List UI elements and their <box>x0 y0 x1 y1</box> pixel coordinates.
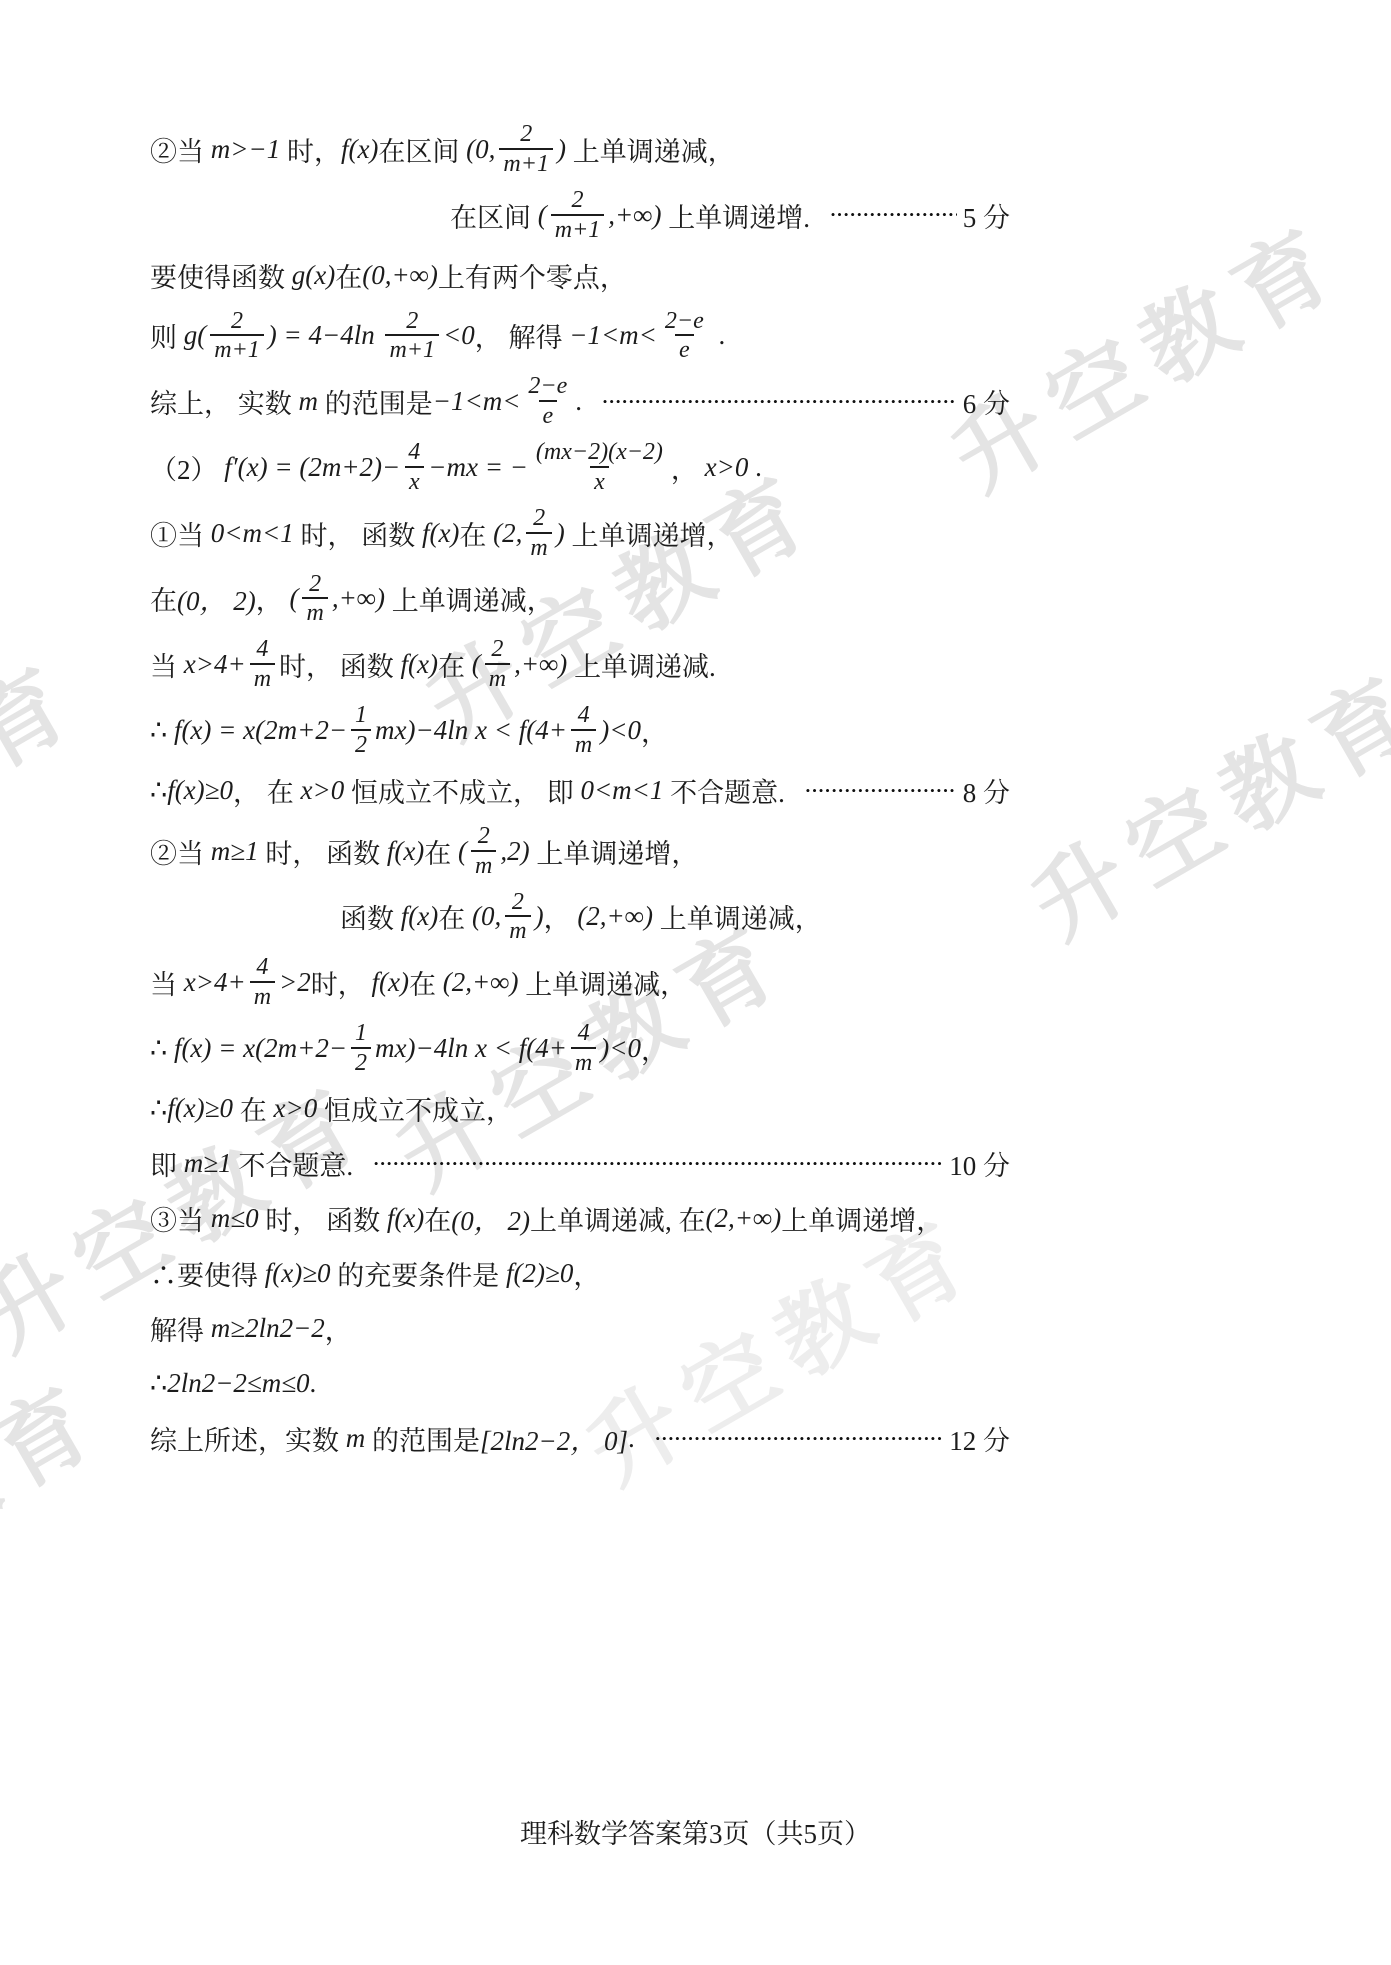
text-run: 综上所述，实数 <box>150 1419 346 1458</box>
math-run: −1<m< <box>433 386 521 417</box>
fraction-numerator: 4 <box>252 954 272 981</box>
text-run: 在区间 <box>378 130 466 169</box>
text-run: 时， <box>280 130 341 169</box>
fraction-numerator: 4 <box>252 636 272 663</box>
text-run: 的范围是 <box>318 382 433 421</box>
watermark-text: 升空教育 <box>1005 635 1391 965</box>
line-content: 综上所述，实数 m 的范围是[2ln2−2， 0]. <box>150 1419 642 1458</box>
fraction: (mx−2)(x−2)x <box>532 439 667 496</box>
solution-line: 要使得函数 g(x)在(0,+∞)上有两个零点， <box>150 253 1010 299</box>
text-run: 在 <box>424 1199 451 1238</box>
text-run: ， <box>325 1309 352 1348</box>
math-run: ) = 4−4ln <box>268 320 382 351</box>
fraction-denominator: m+1 <box>499 148 553 178</box>
fraction-denominator: m <box>302 597 327 627</box>
text-run: ， <box>641 711 668 750</box>
score-label: 6 分 <box>963 382 1010 421</box>
math-run: ,2) <box>500 836 529 867</box>
math-run: g( <box>184 320 207 351</box>
text-run: 当 <box>150 963 184 1002</box>
fraction: 12 <box>351 1020 371 1077</box>
text-run: ， <box>544 897 578 936</box>
fraction-denominator: x <box>405 466 424 496</box>
text-run: 上单调递减， <box>653 897 822 936</box>
math-run: m <box>346 1423 366 1454</box>
text-run: 恒成立不成立， 即 <box>344 771 580 810</box>
math-run: f(x) = x(2m+2− <box>174 1033 347 1064</box>
fraction: 4m <box>571 702 596 759</box>
solution-line: ∴ f(x) = x(2m+2−12mx)−4ln x < f(4+4m)<0， <box>150 1020 1010 1077</box>
fraction-denominator: m+1 <box>210 334 264 364</box>
page-footer: 理科数学答案第3页（共5页） <box>0 1812 1391 1851</box>
line-content: 当 x>4+4m时， 函数 f(x)在 (2m,+∞) 上单调递减. <box>150 636 716 693</box>
text-run: ∴ <box>150 1368 167 1399</box>
math-run: m≥2ln2−2 <box>211 1313 325 1344</box>
fraction-numerator: 1 <box>351 702 371 729</box>
fraction-numerator: 2 <box>402 308 422 335</box>
math-run: (0， 2) <box>177 579 256 618</box>
solution-line: 综上， 实数 m 的范围是−1<m<2−ee. ••••••••••••••••… <box>150 373 1010 430</box>
line-content: ②当 m>−1 时，f(x)在区间 (0,2m+1) 上单调递减， <box>150 121 735 178</box>
fraction: 2m <box>526 505 551 562</box>
fraction: 4x <box>404 439 424 496</box>
line-content: 即 m≥1 不合题意. <box>150 1144 360 1183</box>
fraction: 2−ee <box>661 308 708 365</box>
math-run: ) <box>556 518 565 549</box>
fraction: 2m+1 <box>499 121 553 178</box>
text-run: ， 解得 <box>475 316 570 355</box>
solution-line: ①当 0<m<1 时， 函数 f(x)在 (2,2m) 上单调递增， <box>150 505 1010 562</box>
text-run: 时， 函数 <box>279 645 401 684</box>
math-run: (2,+∞) <box>443 967 519 998</box>
fraction-denominator: m <box>571 729 596 759</box>
solution-line: ∴f(x)≥0 在 x>0 恒成立不成立， <box>150 1086 1010 1132</box>
line-content: 函数 f(x)在 (0,2m)， (2,+∞) 上单调递减， <box>340 889 822 946</box>
text-run: ∴ <box>150 1033 174 1064</box>
text-run: 上单调递减， <box>566 130 735 169</box>
fraction-denominator: m <box>571 1047 596 1077</box>
math-run: −mx = − <box>428 452 528 483</box>
fraction-denominator: m <box>471 850 496 880</box>
fraction: 2m <box>302 571 327 628</box>
fraction: 2m+1 <box>210 308 264 365</box>
text-run: 在 <box>438 645 472 684</box>
math-run: ( <box>472 649 481 680</box>
math-run: f(x) <box>401 649 438 680</box>
line-content: ∴要使得 f(x)≥0 的充要条件是 f(2)≥0， <box>150 1254 600 1293</box>
fraction: 4m <box>571 1020 596 1077</box>
text-run: ∴ <box>150 1093 167 1124</box>
math-run: −1<m< <box>569 320 657 351</box>
solution-line: 解得 m≥2ln2−2， <box>150 1306 1010 1352</box>
text-run: 则 <box>150 316 184 355</box>
solution-line: ∴ f(x) = x(2m+2−12mx)−4ln x < f(4+4m)<0， <box>150 702 1010 759</box>
dotted-leader: ••••••••••••••••••••••••••••••••••••••••… <box>656 1431 944 1447</box>
fraction-denominator: m <box>250 663 275 693</box>
solution-line: 在区间 (2m+1,+∞) 上单调递增. •••••••••••••••••••… <box>150 187 1010 244</box>
math-run: mx)−4ln x < f(4+ <box>375 715 567 746</box>
math-run: (2,+∞) <box>577 901 653 932</box>
text-run: 函数 <box>340 897 401 936</box>
score-label: 5 分 <box>963 196 1010 235</box>
text-run: 在 <box>424 832 458 871</box>
text-run: 当 <box>150 645 184 684</box>
text-run: ②当 <box>150 130 211 169</box>
text-run: ， <box>641 1029 668 1068</box>
math-run: )<0 <box>600 1033 641 1064</box>
fraction-numerator: 1 <box>351 1020 371 1047</box>
text-run: （2） <box>150 448 224 487</box>
answer-sheet-page: 升空教育 升空教育 升空教育 升空教育 升空教育 升空教育 升空教育 升空教育 … <box>0 0 1391 1965</box>
solution-line: 即 m≥1 不合题意. ••••••••••••••••••••••••••••… <box>150 1141 1010 1187</box>
solution-line: ②当 m≥1 时， 函数 f(x)在 (2m,2) 上单调递增， <box>150 823 1010 880</box>
math-run: f(x)≥0 <box>265 1258 331 1289</box>
text-run: 时， <box>311 963 372 1002</box>
line-content: 解得 m≥2ln2−2， <box>150 1309 352 1348</box>
text-run: . <box>748 452 762 483</box>
fraction-denominator: 2 <box>351 1047 371 1077</box>
math-run: m≥1 <box>184 1148 232 1179</box>
math-run: (2,+∞) <box>706 1203 782 1234</box>
fraction: 2m <box>485 636 510 693</box>
text-run: . <box>712 320 726 351</box>
math-run: f(x) <box>387 836 424 867</box>
text-run: 要使得函数 <box>150 256 292 295</box>
text-run: 即 <box>150 1144 184 1183</box>
math-run: m≥1 <box>211 836 259 867</box>
dotted-leader: ••••••••••••••••••••••••••••••••••••••••… <box>806 783 957 799</box>
math-run: ( <box>289 583 298 614</box>
text-run: 上单调递增， <box>530 832 699 871</box>
text-run: 上有两个零点， <box>438 256 627 295</box>
math-run: (0， 2) <box>451 1199 530 1238</box>
line-content: 则 g(2m+1) = 4−4ln 2m+1<0， 解得 −1<m<2−ee . <box>150 308 725 365</box>
text-run: 在 <box>150 579 177 618</box>
text-run: 在 <box>335 256 362 295</box>
math-run: x>4+ <box>184 649 246 680</box>
math-run: x>0 <box>705 452 749 483</box>
math-run: <0 <box>443 320 475 351</box>
text-run: 不合题意. <box>232 1144 360 1183</box>
text-run: ， <box>573 1254 600 1293</box>
score-label: 12 分 <box>949 1419 1010 1458</box>
text-run: 恒成立不成立， <box>317 1089 513 1128</box>
fraction-denominator: e <box>539 400 558 430</box>
math-run: f(x) <box>341 134 378 165</box>
dotted-leader: ••••••••••••••••••••••••••••••••••••••••… <box>374 1156 943 1172</box>
math-run: x>4+ <box>184 967 246 998</box>
solution-line: 综上所述，实数 m 的范围是[2ln2−2， 0]. •••••••••••••… <box>150 1416 1010 1462</box>
math-run: 0<m<1 <box>211 518 294 549</box>
text-run: 时， 函数 <box>294 514 422 553</box>
math-run: ) <box>557 134 566 165</box>
text-run: 时， 函数 <box>259 1199 387 1238</box>
math-run: f′(x) = (2m+2)− <box>224 452 400 483</box>
text-run: ∴ <box>150 715 174 746</box>
watermark-text: 升空教育 <box>0 625 102 955</box>
math-run: ) <box>535 901 544 932</box>
text-run: . <box>310 1368 317 1399</box>
line-content: （2） f′(x) = (2m+2)−4x−mx = −(mx−2)(x−2)x… <box>150 439 762 496</box>
fraction-denominator: m <box>505 915 530 945</box>
text-run: 上单调递减， <box>518 963 687 1002</box>
text-run: 在 <box>233 1089 274 1128</box>
solution-line: 在(0， 2)， (2m,+∞) 上单调递减， <box>150 571 1010 628</box>
math-run: ,+∞) <box>608 200 661 231</box>
text-run: 上单调递减, 在 <box>530 1199 706 1238</box>
text-run: ， 在 <box>233 771 301 810</box>
math-run: >2 <box>279 967 311 998</box>
math-run: m>−1 <box>211 134 280 165</box>
line-content: 当 x>4+4m>2时， f(x)在 (2,+∞) 上单调递减， <box>150 954 687 1011</box>
math-run: (2, <box>493 518 522 549</box>
fraction-numerator: 2 <box>305 571 325 598</box>
line-content: ∴f(x)≥0， 在 x>0 恒成立不成立， 即 0<m<1 不合题意. <box>150 771 792 810</box>
fraction: 2m+1 <box>385 308 439 365</box>
text-run: 时， 函数 <box>259 832 387 871</box>
math-run: ( <box>458 836 467 867</box>
math-run: (0, <box>466 134 495 165</box>
math-run: (0,+∞) <box>362 260 438 291</box>
score-label: 10 分 <box>949 1144 1010 1183</box>
fraction: 2m+1 <box>551 187 605 244</box>
fraction-numerator: 2 <box>568 187 588 214</box>
fraction-numerator: 4 <box>404 439 424 466</box>
text-run: ②当 <box>150 832 211 871</box>
math-run: m≤0 <box>211 1203 259 1234</box>
text-run: . <box>628 1423 642 1454</box>
text-run: 的充要条件是 <box>331 1254 507 1293</box>
text-run: 上单调递减， <box>385 579 554 618</box>
line-content: ∴2ln2−2≤m≤0. <box>150 1368 316 1399</box>
text-run: 在 <box>459 514 493 553</box>
solution-line: 则 g(2m+1) = 4−4ln 2m+1<0， 解得 −1<m<2−ee . <box>150 308 1010 365</box>
line-content: 要使得函数 g(x)在(0,+∞)上有两个零点， <box>150 256 627 295</box>
solution-line: ∴f(x)≥0， 在 x>0 恒成立不成立， 即 0<m<1 不合题意. •••… <box>150 768 1010 814</box>
text-run: 上单调递减. <box>567 645 716 684</box>
line-content: ②当 m≥1 时， 函数 f(x)在 (2m,2) 上单调递增， <box>150 823 698 880</box>
fraction-numerator: 4 <box>574 1020 594 1047</box>
line-content: ∴ f(x) = x(2m+2−12mx)−4ln x < f(4+4m)<0， <box>150 702 668 759</box>
fraction: 2−ee <box>524 373 571 430</box>
math-run: f(x) <box>387 1203 424 1234</box>
solution-content: ②当 m>−1 时，f(x)在区间 (0,2m+1) 上单调递减，在区间 (2m… <box>150 112 1010 1471</box>
fraction-numerator: 2−e <box>524 373 571 400</box>
fraction: 12 <box>351 702 371 759</box>
math-run: x>0 <box>273 1093 317 1124</box>
math-run: ,+∞) <box>332 583 385 614</box>
fraction-numerator: 2 <box>529 505 549 532</box>
text-run: 上单调递增， <box>781 1199 943 1238</box>
math-run: (0, <box>472 901 501 932</box>
line-content: ∴ f(x) = x(2m+2−12mx)−4ln x < f(4+4m)<0， <box>150 1020 668 1077</box>
text-run: 上单调递增. <box>662 196 817 235</box>
dotted-leader: ••••••••••••••••••••••••••••••••••••••••… <box>603 394 957 410</box>
text-run: 的范围是 <box>365 1419 480 1458</box>
fraction-denominator: m+1 <box>551 214 605 244</box>
text-run: 不合题意. <box>663 771 791 810</box>
fraction-denominator: x <box>590 466 609 496</box>
fraction-denominator: m+1 <box>385 334 439 364</box>
fraction-numerator: (mx−2)(x−2) <box>532 439 667 466</box>
text-run: ， <box>256 579 290 618</box>
solution-line: ∴2ln2−2≤m≤0. <box>150 1361 1010 1407</box>
math-run: f(x)≥0 <box>167 775 233 806</box>
fraction-denominator: m <box>250 981 275 1011</box>
solution-line: 当 x>4+4m>2时， f(x)在 (2,+∞) 上单调递减， <box>150 954 1010 1011</box>
text-run: 解得 <box>150 1309 211 1348</box>
score-label: 8 分 <box>963 771 1010 810</box>
math-run: ,+∞) <box>514 649 567 680</box>
math-run: x>0 <box>300 775 344 806</box>
math-run: m <box>299 386 319 417</box>
line-content: 综上， 实数 m 的范围是−1<m<2−ee. <box>150 373 589 430</box>
line-content: 在(0， 2)， (2m,+∞) 上单调递减， <box>150 571 554 628</box>
dotted-leader: ••••••••••••••••••••••••••••••••••••••••… <box>831 207 957 223</box>
text-run: ， <box>671 448 705 487</box>
solution-line: ∴要使得 f(x)≥0 的充要条件是 f(2)≥0， <box>150 1251 1010 1297</box>
math-run: f(2)≥0 <box>506 1258 573 1289</box>
text-run: ∴要使得 <box>150 1254 265 1293</box>
fraction-denominator: m <box>526 532 551 562</box>
text-run: 综上， 实数 <box>150 382 299 421</box>
math-run: f(x)≥0 <box>167 1093 233 1124</box>
fraction-denominator: 2 <box>351 729 371 759</box>
fraction: 4m <box>250 636 275 693</box>
line-content: 在区间 (2m+1,+∞) 上单调递增. <box>450 187 817 244</box>
line-content: ③当 m≤0 时， 函数 f(x)在(0， 2)上单调递减, 在(2,+∞)上单… <box>150 1199 943 1238</box>
fraction-numerator: 2 <box>227 308 247 335</box>
text-run: ∴ <box>150 775 167 806</box>
fraction-numerator: 2−e <box>661 308 708 335</box>
solution-line: （2） f′(x) = (2m+2)−4x−mx = −(mx−2)(x−2)x… <box>150 439 1010 496</box>
math-run: 2ln2−2≤m≤0 <box>167 1368 309 1399</box>
math-run: ( <box>538 200 547 231</box>
fraction-denominator: m <box>485 663 510 693</box>
fraction-denominator: e <box>675 334 694 364</box>
fraction-numerator: 2 <box>474 823 494 850</box>
line-content: ∴f(x)≥0 在 x>0 恒成立不成立， <box>150 1089 513 1128</box>
line-content: ①当 0<m<1 时， 函数 f(x)在 (2,2m) 上单调递增， <box>150 505 734 562</box>
fraction-numerator: 2 <box>487 636 507 663</box>
solution-line: 当 x>4+4m时， 函数 f(x)在 (2m,+∞) 上单调递减. <box>150 636 1010 693</box>
math-run: f(x) <box>422 518 459 549</box>
solution-line: 函数 f(x)在 (0,2m)， (2,+∞) 上单调递减， <box>150 889 1010 946</box>
text-run: 在 <box>409 963 443 1002</box>
text-run: . <box>575 386 589 417</box>
fraction-numerator: 2 <box>516 121 536 148</box>
math-run: mx)−4ln x < f(4+ <box>375 1033 567 1064</box>
fraction: 2m <box>471 823 496 880</box>
fraction: 2m <box>505 889 530 946</box>
math-run: 0<m<1 <box>580 775 663 806</box>
math-run: f(x) <box>401 901 438 932</box>
math-run: )<0 <box>600 715 641 746</box>
fraction-numerator: 2 <box>508 889 528 916</box>
math-run: f(x) <box>372 967 409 998</box>
fraction: 4m <box>250 954 275 1011</box>
math-run: [2ln2−2， 0] <box>480 1419 628 1458</box>
text-run: 上单调递增， <box>565 514 734 553</box>
math-run: f(x) = x(2m+2− <box>174 715 347 746</box>
solution-line: ③当 m≤0 时， 函数 f(x)在(0， 2)上单调递减, 在(2,+∞)上单… <box>150 1196 1010 1242</box>
text-run: ③当 <box>150 1199 211 1238</box>
fraction-numerator: 4 <box>574 702 594 729</box>
solution-line: ②当 m>−1 时，f(x)在区间 (0,2m+1) 上单调递减， <box>150 121 1010 178</box>
text-run: 在 <box>438 897 472 936</box>
math-run: g(x) <box>292 260 335 291</box>
watermark-text: 升空教育 <box>0 1345 125 1675</box>
text-run: 在区间 <box>450 196 538 235</box>
text-run: ①当 <box>150 514 211 553</box>
